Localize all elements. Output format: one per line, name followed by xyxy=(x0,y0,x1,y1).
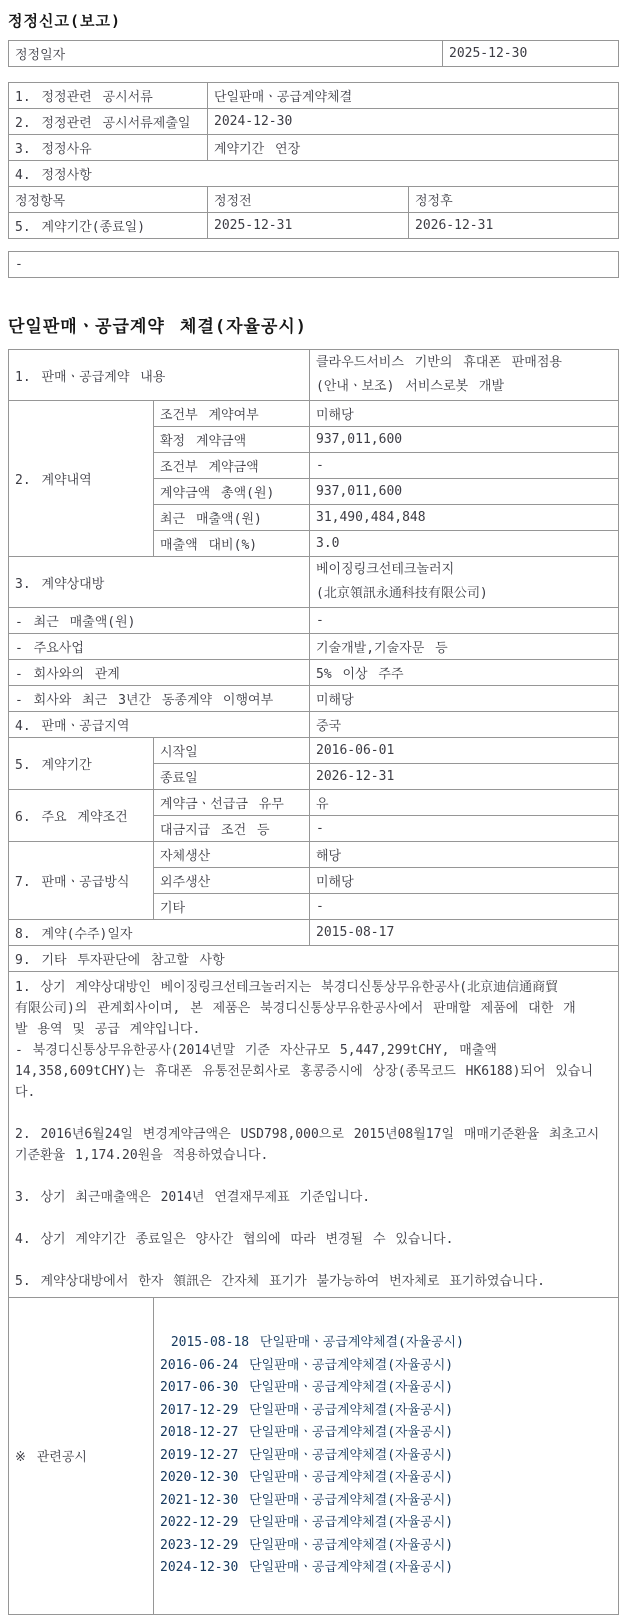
field-label-cell: 3. 계약상대방 xyxy=(9,557,310,608)
field-label-cell: 5. 계약기간 xyxy=(9,738,154,790)
correction-report-title: 정정신고(보고) xyxy=(8,10,618,31)
field-value-cell: 2024-12-30 xyxy=(208,109,619,135)
sub-field-value-cell: 미해당 xyxy=(310,401,619,427)
related-disclosures-label: ※ 관련공시 xyxy=(9,1298,154,1615)
field-label-cell: 4. 정정사항 xyxy=(9,161,619,187)
sub-field-value-cell: 937,011,600 xyxy=(310,479,619,505)
table-row: 1. 정정관련 공시서류 단일판매ㆍ공급계약체결 xyxy=(9,83,619,109)
sub-field-label-cell: 기타 xyxy=(154,894,310,920)
sub-field-label-cell: 확정 계약금액 xyxy=(154,427,310,453)
field-value-cell: 2015-08-17 xyxy=(310,920,619,946)
sub-field-label-cell: 최근 매출액(원) xyxy=(154,505,310,531)
field-value-cell: - xyxy=(310,608,619,634)
field-label-cell: 8. 계약(수주)일자 xyxy=(9,920,310,946)
table-row: 8. 계약(수주)일자 2015-08-17 xyxy=(9,920,619,946)
field-label-cell: 5. 계약기간(종료일) xyxy=(9,213,208,239)
sub-field-label-cell: 매출액 대비(%) xyxy=(154,531,310,557)
related-disclosure-item: 2015-08-18 단일판매ㆍ공급계약체결(자율공시) xyxy=(160,1332,612,1355)
field-value-cell: 중국 xyxy=(310,712,619,738)
contract-counterparty-value: 베이징링크선테크놀러지 (北京領訊永通科技有限公司) xyxy=(310,557,619,608)
sub-field-value-cell: 2026-12-31 xyxy=(310,764,619,790)
table-row: - 최근 매출액(원) - xyxy=(9,608,619,634)
field-label-cell: 2. 정정관련 공시서류제출일 xyxy=(9,109,208,135)
table-row: 9. 기타 투자판단에 참고할 사항 xyxy=(9,946,619,972)
column-header-after: 정정후 xyxy=(409,187,619,213)
column-header-before: 정정전 xyxy=(208,187,409,213)
table-row: 3. 정정사유 계약기간 연장 xyxy=(9,135,619,161)
related-disclosure-item: 2017-12-29 단일판매ㆍ공급계약체결(자율공시) xyxy=(160,1400,612,1423)
field-label-cell: 4. 판매ㆍ공급지역 xyxy=(9,712,310,738)
column-header-item: 정정항목 xyxy=(9,187,208,213)
table-row: 6. 주요 계약조건 계약금ㆍ선급금 유무 유 xyxy=(9,790,619,816)
sub-field-label-cell: 조건부 계약여부 xyxy=(154,401,310,427)
sub-field-label-cell: 자체생산 xyxy=(154,842,310,868)
sub-field-label-cell: 대금지급 조건 등 xyxy=(154,816,310,842)
correction-date-value: 2025-12-30 xyxy=(443,41,619,67)
table-row: 5. 계약기간(종료일) 2025-12-31 2026-12-31 xyxy=(9,213,619,239)
contract-section-title: 단일판매ㆍ공급계약 체결(자율공시) xyxy=(8,312,618,337)
table-row: 정정일자 2025-12-30 xyxy=(9,41,619,67)
sub-field-value-cell: - xyxy=(310,816,619,842)
table-row: 정정항목 정정전 정정후 xyxy=(9,187,619,213)
table-row: - xyxy=(9,252,619,278)
related-disclosure-item: 2020-12-30 단일판매ㆍ공급계약체결(자율공시) xyxy=(160,1467,612,1490)
sub-field-value-cell: 유 xyxy=(310,790,619,816)
sub-field-value-cell: 2016-06-01 xyxy=(310,738,619,764)
table-row: 5. 계약기간 시작일 2016-06-01 xyxy=(9,738,619,764)
sub-field-label-cell: 시작일 xyxy=(154,738,310,764)
sub-field-label-cell: 외주생산 xyxy=(154,868,310,894)
sub-field-label-cell: 종료일 xyxy=(154,764,310,790)
field-label-cell: 1. 판매ㆍ공급계약 내용 xyxy=(9,350,310,401)
field-label-cell: 6. 주요 계약조건 xyxy=(9,790,154,842)
table-row: - 회사와 최근 3년간 동종계약 이행여부 미해당 xyxy=(9,686,619,712)
field-label-cell: 3. 정정사유 xyxy=(9,135,208,161)
note-box-value: - xyxy=(9,252,619,278)
field-value-cell: 5% 이상 주주 xyxy=(310,660,619,686)
field-label-cell: - 주요사업 xyxy=(9,634,310,660)
field-label-cell: 9. 기타 투자판단에 참고할 사항 xyxy=(9,946,619,972)
related-disclosure-item: 2019-12-27 단일판매ㆍ공급계약체결(자율공시) xyxy=(160,1445,612,1468)
related-disclosure-item: 2018-12-27 단일판매ㆍ공급계약체결(자율공시) xyxy=(160,1422,612,1445)
contract-description-value: 클라우드서비스 기반의 휴대폰 판매점용 (안내ㆍ보조) 서비스로봇 개발 xyxy=(310,350,619,401)
table-row: 3. 계약상대방 베이징링크선테크놀러지 (北京領訊永通科技有限公司) xyxy=(9,557,619,608)
field-label-cell: - 회사와 최근 3년간 동종계약 이행여부 xyxy=(9,686,310,712)
sub-field-label-cell: 계약금ㆍ선급금 유무 xyxy=(154,790,310,816)
field-label-cell: 7. 판매ㆍ공급방식 xyxy=(9,842,154,920)
sub-field-value-cell: - xyxy=(310,453,619,479)
field-label-cell: - 최근 매출액(원) xyxy=(9,608,310,634)
table-row: 4. 정정사항 xyxy=(9,161,619,187)
related-disclosure-item: 2022-12-29 단일판매ㆍ공급계약체결(자율공시) xyxy=(160,1512,612,1535)
related-disclosure-item: 2017-06-30 단일판매ㆍ공급계약체결(자율공시) xyxy=(160,1377,612,1400)
sub-field-value-cell: 해당 xyxy=(310,842,619,868)
related-disclosure-item: 2023-12-29 단일판매ㆍ공급계약체결(자율공시) xyxy=(160,1535,612,1558)
table-row: - 회사와의 관계 5% 이상 주주 xyxy=(9,660,619,686)
field-label-cell: - 회사와의 관계 xyxy=(9,660,310,686)
table-row: 1. 상기 계약상대방인 베이징링크선테크놀러지는 북경디신통상무유한공사(北京… xyxy=(9,972,619,1298)
table-row: 2. 정정관련 공시서류제출일 2024-12-30 xyxy=(9,109,619,135)
related-disclosure-item: 2024-12-30 단일판매ㆍ공급계약체결(자율공시) xyxy=(160,1557,612,1580)
field-label-cell: 2. 계약내역 xyxy=(9,401,154,557)
sub-field-value-cell: 미해당 xyxy=(310,868,619,894)
correction-info-table: 1. 정정관련 공시서류 단일판매ㆍ공급계약체결 2. 정정관련 공시서류제출일… xyxy=(8,82,619,239)
sub-field-label-cell: 계약금액 총액(원) xyxy=(154,479,310,505)
table-row: 7. 판매ㆍ공급방식 자체생산 해당 xyxy=(9,842,619,868)
table-row: 2. 계약내역 조건부 계약여부 미해당 xyxy=(9,401,619,427)
sub-field-value-cell: 3.0 xyxy=(310,531,619,557)
table-row: ※ 관련공시 2015-08-18 단일판매ㆍ공급계약체결(자율공시)2016-… xyxy=(9,1298,619,1615)
disclosure-document: 정정신고(보고) 정정일자 2025-12-30 1. 정정관련 공시서류 단일… xyxy=(0,0,626,1623)
field-value-cell: 단일판매ㆍ공급계약체결 xyxy=(208,83,619,109)
sub-field-value-cell: 937,011,600 xyxy=(310,427,619,453)
field-value-cell: 계약기간 연장 xyxy=(208,135,619,161)
related-disclosure-item: 2021-12-30 단일판매ㆍ공급계약체결(자율공시) xyxy=(160,1490,612,1513)
value-before-cell: 2025-12-31 xyxy=(208,213,409,239)
table-row: 1. 판매ㆍ공급계약 내용 클라우드서비스 기반의 휴대폰 판매점용 (안내ㆍ보… xyxy=(9,350,619,401)
field-label-cell: 1. 정정관련 공시서류 xyxy=(9,83,208,109)
related-disclosure-list: 2015-08-18 단일판매ㆍ공급계약체결(자율공시)2016-06-24 단… xyxy=(160,1332,612,1580)
field-value-cell: 미해당 xyxy=(310,686,619,712)
correction-note-box: - xyxy=(8,251,619,278)
related-disclosures-cell: 2015-08-18 단일판매ㆍ공급계약체결(자율공시)2016-06-24 단… xyxy=(154,1298,619,1615)
field-value-cell: 기술개발,기술자문 등 xyxy=(310,634,619,660)
investor-note-text: 1. 상기 계약상대방인 베이징링크선테크놀러지는 북경디신통상무유한공사(北京… xyxy=(9,972,619,1298)
table-row: 4. 판매ㆍ공급지역 중국 xyxy=(9,712,619,738)
value-after-cell: 2026-12-31 xyxy=(409,213,619,239)
contract-table: 1. 판매ㆍ공급계약 내용 클라우드서비스 기반의 휴대폰 판매점용 (안내ㆍ보… xyxy=(8,349,619,1615)
sub-field-value-cell: 31,490,484,848 xyxy=(310,505,619,531)
sub-field-label-cell: 조건부 계약금액 xyxy=(154,453,310,479)
table-row: - 주요사업 기술개발,기술자문 등 xyxy=(9,634,619,660)
correction-date-label: 정정일자 xyxy=(9,41,443,67)
correction-date-table: 정정일자 2025-12-30 xyxy=(8,40,619,67)
related-disclosure-item: 2016-06-24 단일판매ㆍ공급계약체결(자율공시) xyxy=(160,1355,612,1378)
sub-field-value-cell: - xyxy=(310,894,619,920)
